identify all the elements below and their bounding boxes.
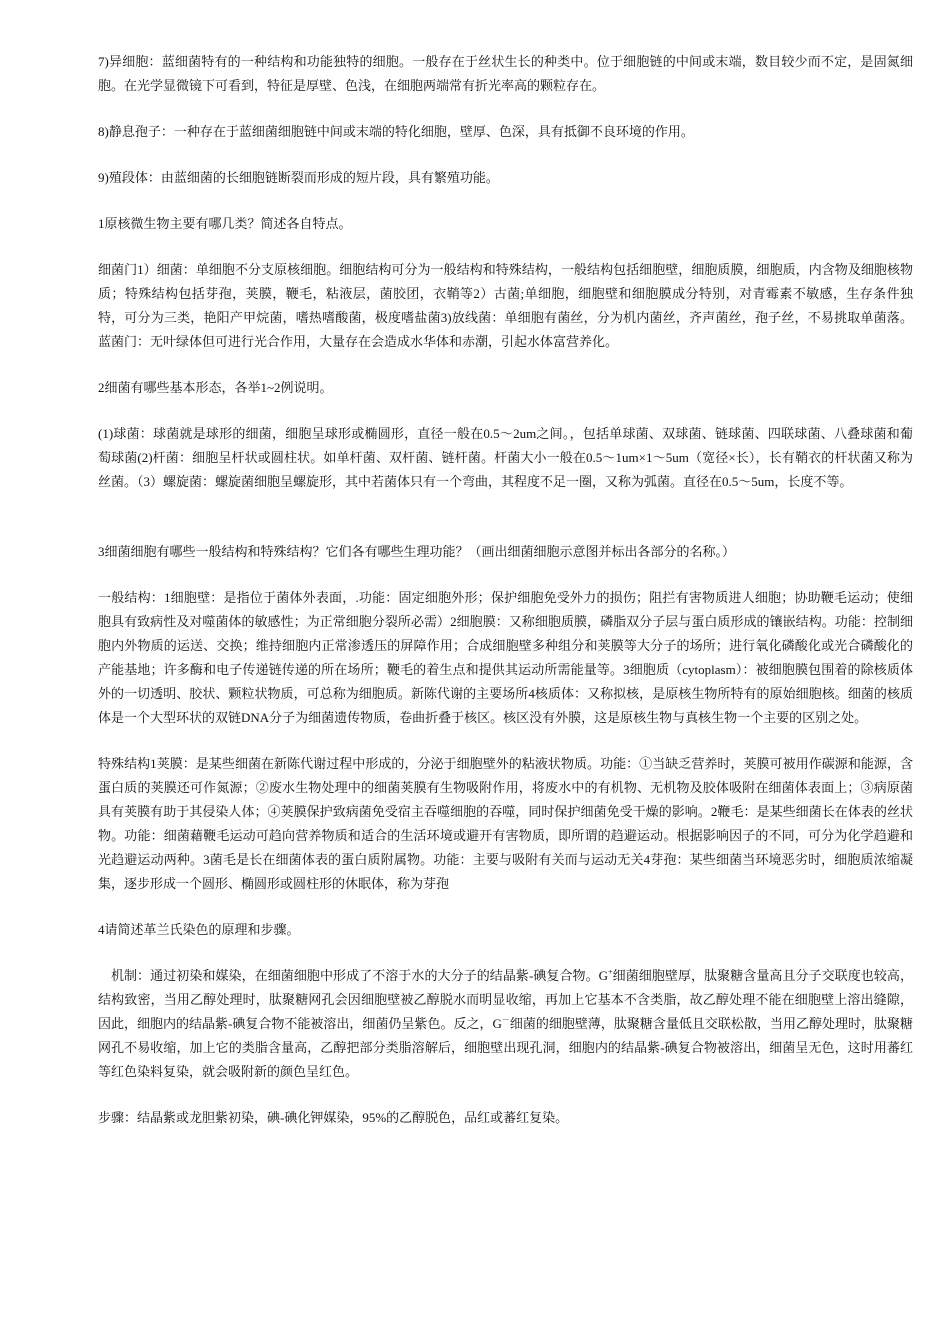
answer-4-steps: 步骤：结晶紫或龙胆紫初染，碘-碘化钾媒染，95%的乙醇脱色，品红或蕃红复染。: [98, 1106, 913, 1130]
answer-2: (1)球菌：球菌就是球形的细菌，细胞呈球形或椭圆形，直径一般在0.5～2um之间…: [98, 422, 913, 494]
answer-4-mechanism: 机制：通过初染和媒染，在细菌细胞中形成了不溶于水的大分子的结晶紫-碘复合物。G+…: [98, 964, 913, 1084]
mechanism-text-1: 机制：通过初染和媒染，在细菌细胞中形成了不溶于水的大分子的结晶紫-碘复合物。G: [111, 968, 608, 983]
paragraph-hormogonium: 9)殖段体：由蓝细菌的长细胞链断裂而形成的短片段，具有繁殖功能。: [98, 166, 913, 190]
question-2: 2细菌有哪些基本形态，各举1~2例说明。: [98, 376, 913, 400]
answer-1: 细菌门1）细菌：单细胞不分支原核细胞。细胞结构可分为一般结构和特殊结构，一般结构…: [98, 258, 913, 354]
question-3: 3细菌细胞有哪些一般结构和特殊结构？它们各有哪些生理功能？（画出细菌细胞示意图并…: [98, 540, 913, 564]
document-page: 7)异细胞：蓝细菌特有的一种结构和功能独特的细胞。一般存在于丝状生长的种类中。位…: [98, 50, 913, 1152]
paragraph-akinete: 8)静息孢子：一种存在于蓝细菌细胞链中间或末端的特化细胞，壁厚、色深，具有抵御不…: [98, 120, 913, 144]
answer-3-special-structure: 特殊结构1荚膜：是某些细菌在新陈代谢过程中形成的，分泌于细胞壁外的粘液状物质。功…: [98, 752, 913, 896]
question-4: 4请简述革兰氏染色的原理和步骤。: [98, 918, 913, 942]
gram-negative-sup: －: [502, 1016, 510, 1025]
paragraph-heterocyst: 7)异细胞：蓝细菌特有的一种结构和功能独特的细胞。一般存在于丝状生长的种类中。位…: [98, 50, 913, 98]
question-1: 1原核微生物主要有哪几类？简述各自特点。: [98, 212, 913, 236]
answer-3-general-structure: 一般结构：1细胞壁：是指位于菌体外表面，.功能：固定细胞外形；保护细胞免受外力的…: [98, 586, 913, 730]
